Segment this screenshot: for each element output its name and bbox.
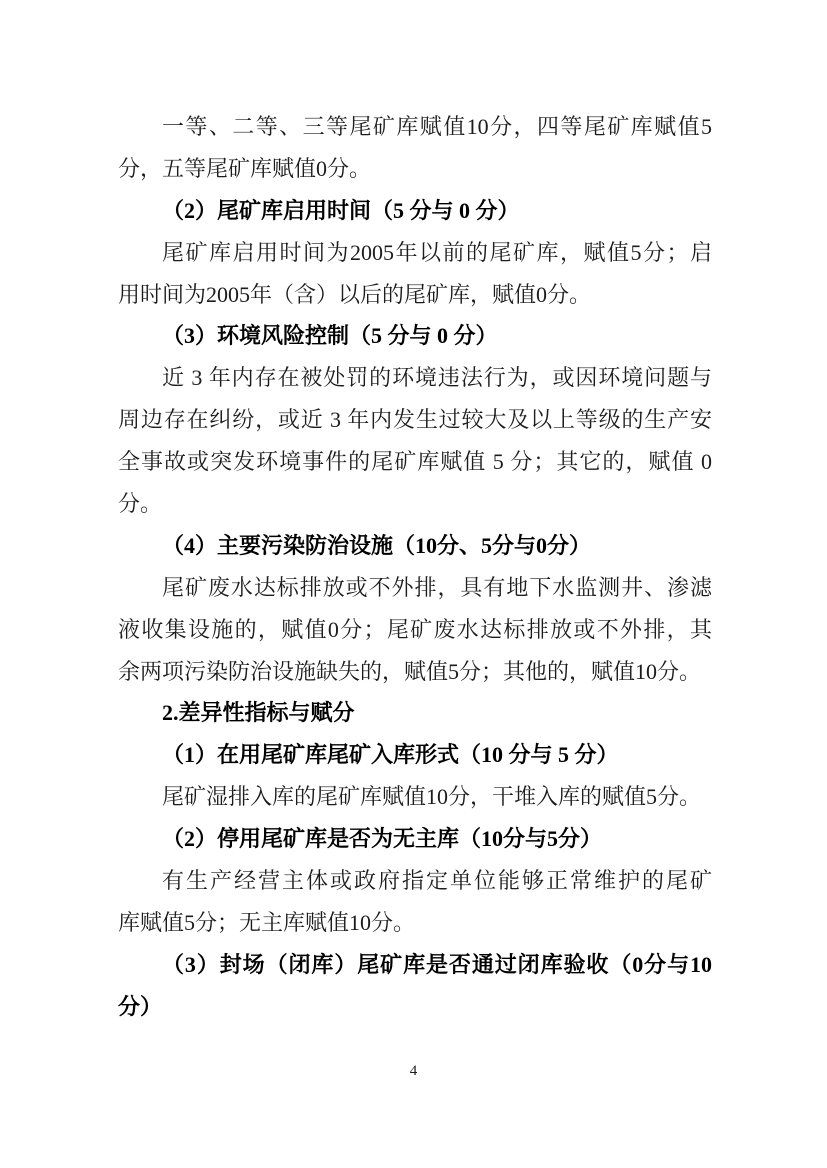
heading-line: （4）主要污染防治设施（10分、5分与0分） — [118, 525, 712, 567]
body-line: 余两项污染防治设施缺失的，赋值5分；其他的，赋值10分。 — [118, 651, 712, 693]
heading-line: 2.差异性指标与赋分 — [118, 692, 712, 734]
body-line: 周边存在纠纷，或近 3 年内发生过较大及以上等级的生产安 — [118, 399, 712, 441]
heading-line: （2）尾矿库启用时间（5 分与 0 分） — [118, 190, 712, 232]
body-line: 尾矿库启用时间为2005年以前的尾矿库，赋值5分；启 — [118, 232, 712, 274]
section-heading: （3）环境风险控制（5 分与 0 分） — [118, 315, 712, 357]
paragraph: 有生产经营主体或政府指定单位能够正常维护的尾矿库赋值5分；无主库赋值10分。 — [118, 860, 712, 944]
body-line: 有生产经营主体或政府指定单位能够正常维护的尾矿 — [118, 860, 712, 902]
section-heading: （3）封场（闭库）尾矿库是否通过闭库验收（0分与10分） — [118, 944, 712, 1028]
page-number: 4 — [0, 1060, 827, 1082]
body-line: 用时间为2005年（含）以后的尾矿库，赋值0分。 — [118, 274, 712, 316]
body-line: 库赋值5分；无主库赋值10分。 — [118, 902, 712, 944]
paragraph: 近 3 年内存在被处罚的环境违法行为，或因环境问题与周边存在纠纷，或近 3 年内… — [118, 357, 712, 525]
section-heading: （1）在用尾矿库尾矿入库形式（10 分与 5 分） — [118, 734, 712, 776]
body-line: 全事故或突发环境事件的尾矿库赋值 5 分；其它的，赋值 0 — [118, 441, 712, 483]
body-line: 尾矿废水达标排放或不外排，具有地下水监测井、渗滤 — [118, 567, 712, 609]
paragraph: 尾矿库启用时间为2005年以前的尾矿库，赋值5分；启用时间为2005年（含）以后… — [118, 232, 712, 316]
body-line: 一等、二等、三等尾矿库赋值10分，四等尾矿库赋值5 — [118, 106, 712, 148]
section-heading: 2.差异性指标与赋分 — [118, 692, 712, 734]
heading-line: （1）在用尾矿库尾矿入库形式（10 分与 5 分） — [118, 734, 712, 776]
body-line: 液收集设施的，赋值0分；尾矿废水达标排放或不外排，其 — [118, 609, 712, 651]
paragraph: 一等、二等、三等尾矿库赋值10分，四等尾矿库赋值5分，五等尾矿库赋值0分。 — [118, 106, 712, 190]
section-heading: （2）停用尾矿库是否为无主库（10分与5分） — [118, 818, 712, 860]
body-line: 分。 — [118, 483, 712, 525]
document-page-content: 一等、二等、三等尾矿库赋值10分，四等尾矿库赋值5分，五等尾矿库赋值0分。（2）… — [118, 106, 712, 1028]
heading-line: （2）停用尾矿库是否为无主库（10分与5分） — [118, 818, 712, 860]
body-line: 尾矿湿排入库的尾矿库赋值10分，干堆入库的赋值5分。 — [118, 776, 712, 818]
paragraph: 尾矿湿排入库的尾矿库赋值10分，干堆入库的赋值5分。 — [118, 776, 712, 818]
paragraph: 尾矿废水达标排放或不外排，具有地下水监测井、渗滤液收集设施的，赋值0分；尾矿废水… — [118, 567, 712, 693]
body-line: 分，五等尾矿库赋值0分。 — [118, 148, 712, 190]
heading-line: （3）封场（闭库）尾矿库是否通过闭库验收（0分与10 — [118, 944, 712, 986]
heading-line: （3）环境风险控制（5 分与 0 分） — [118, 315, 712, 357]
section-heading: （2）尾矿库启用时间（5 分与 0 分） — [118, 190, 712, 232]
heading-line: 分） — [118, 986, 712, 1028]
body-line: 近 3 年内存在被处罚的环境违法行为，或因环境问题与 — [118, 357, 712, 399]
section-heading: （4）主要污染防治设施（10分、5分与0分） — [118, 525, 712, 567]
